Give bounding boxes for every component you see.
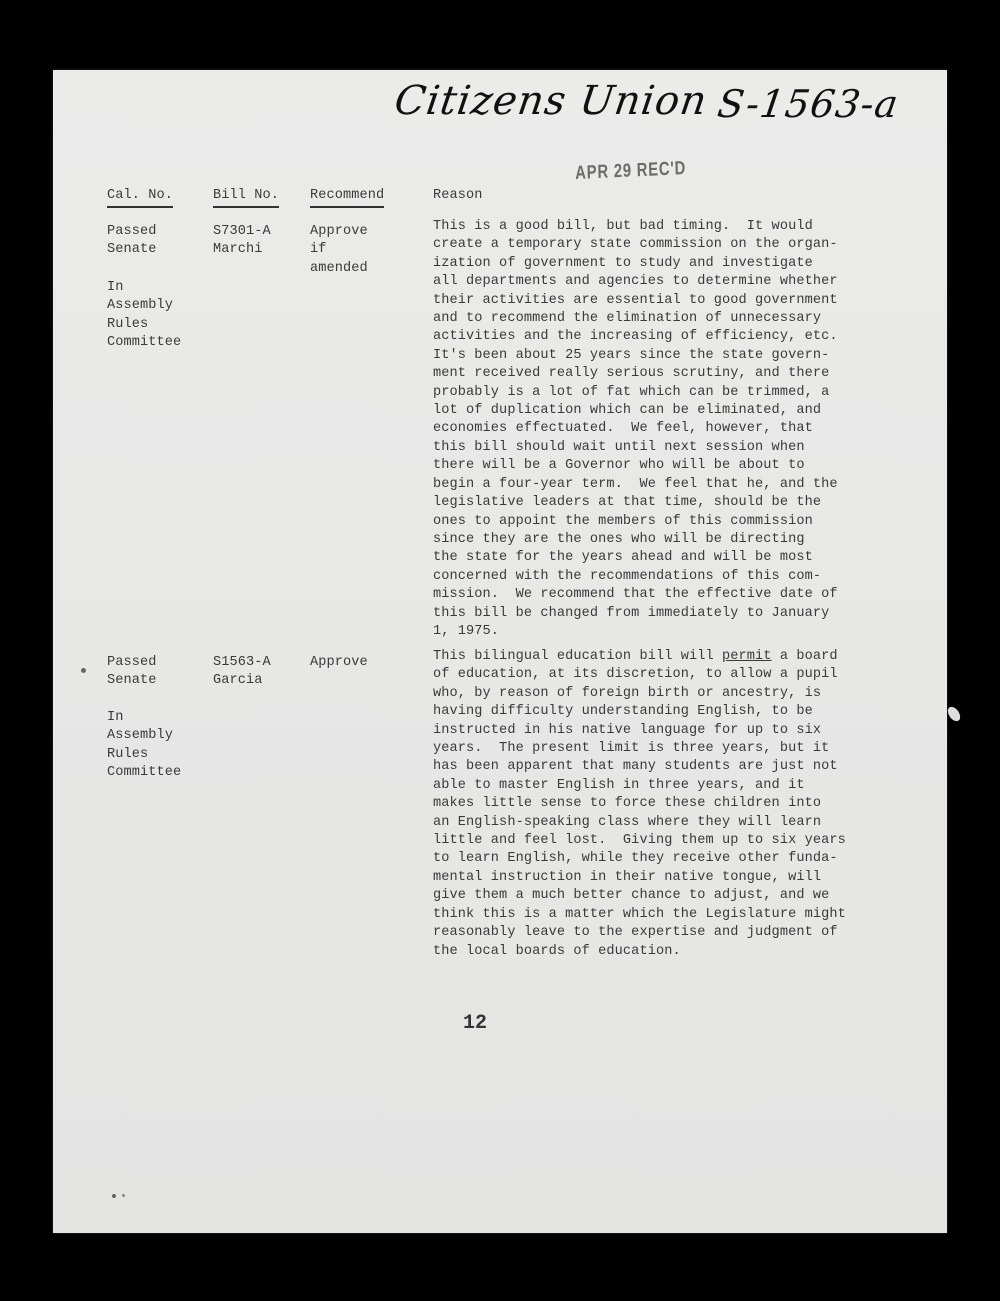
paper-speck (112, 1194, 116, 1198)
recommendation: Approve if amended (310, 223, 368, 278)
bill-number: S7301-A Marchi (213, 223, 271, 260)
scan-artifact (945, 705, 962, 724)
reason-text: This bilingual education bill will permi… (433, 648, 883, 961)
page-number: 12 (463, 1012, 487, 1035)
received-stamp: APR 29 REC'D (575, 158, 686, 185)
reason-lead: This bilingual education bill will (433, 649, 722, 664)
reason-rest: a board of education, at its discretion,… (433, 649, 846, 959)
recommendation: Approve (310, 654, 368, 672)
reason-underlined-word: permit (722, 649, 772, 664)
header-cal-no: Cal. No. (107, 188, 173, 208)
cal-status: Passed Senate (107, 223, 157, 260)
handwritten-bill-number: S-1563-a (715, 82, 902, 126)
reason-text: This is a good bill, but bad timing. It … (433, 218, 883, 641)
cal-location: In Assembly Rules Committee (107, 709, 181, 782)
paper-speck (81, 668, 86, 673)
cal-status: Passed Senate (107, 654, 157, 691)
document-page: Citizens Union S-1563-a APR 29 REC'D Cal… (53, 70, 947, 1233)
handwritten-organization: Citizens Union (392, 78, 711, 124)
header-reason: Reason (433, 188, 483, 206)
paper-speck (122, 1194, 125, 1197)
header-recommend: Recommend (310, 188, 384, 208)
bill-number: S1563-A Garcia (213, 654, 271, 691)
header-bill-no: Bill No. (213, 188, 279, 208)
cal-location: In Assembly Rules Committee (107, 279, 181, 352)
